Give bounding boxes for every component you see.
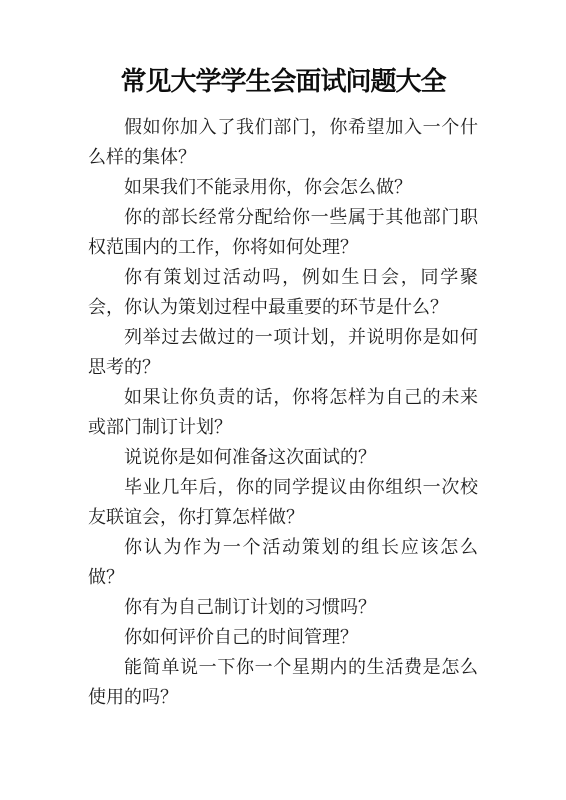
question-paragraph: 毕业几年后，你的同学提议由你组织一次校友联谊会，你打算怎样做？ [88, 472, 478, 532]
question-paragraph: 你的部长经常分配给你一些属于其他部门职权范围内的工作，你将如何处理？ [88, 202, 478, 262]
question-paragraph: 说说你是如何准备这次面试的？ [88, 442, 478, 472]
question-paragraph: 你如何评价自己的时间管理？ [88, 622, 478, 652]
question-paragraph: 列举过去做过的一项计划，并说明你是如何思考的？ [88, 322, 478, 382]
question-paragraph: 你认为作为一个活动策划的组长应该怎么做？ [88, 532, 478, 592]
document-page: 常见大学学生会面试问题大全 假如你加入了我们部门，你希望加入一个什么样的集体？如… [0, 0, 566, 800]
question-paragraph: 你有策划过活动吗，例如生日会，同学聚会，你认为策划过程中最重要的环节是什么？ [88, 262, 478, 322]
question-paragraph: 能简单说一下你一个星期内的生活费是怎么使用的吗？ [88, 652, 478, 712]
question-paragraph: 如果我们不能录用你，你会怎么做？ [88, 172, 478, 202]
question-list: 假如你加入了我们部门，你希望加入一个什么样的集体？如果我们不能录用你，你会怎么做… [88, 112, 478, 712]
question-paragraph: 你有为自己制订计划的习惯吗？ [88, 592, 478, 622]
question-paragraph: 假如你加入了我们部门，你希望加入一个什么样的集体？ [88, 112, 478, 172]
question-paragraph: 如果让你负责的话，你将怎样为自己的未来或部门制订计划？ [88, 382, 478, 442]
page-title: 常见大学学生会面试问题大全 [88, 62, 478, 100]
